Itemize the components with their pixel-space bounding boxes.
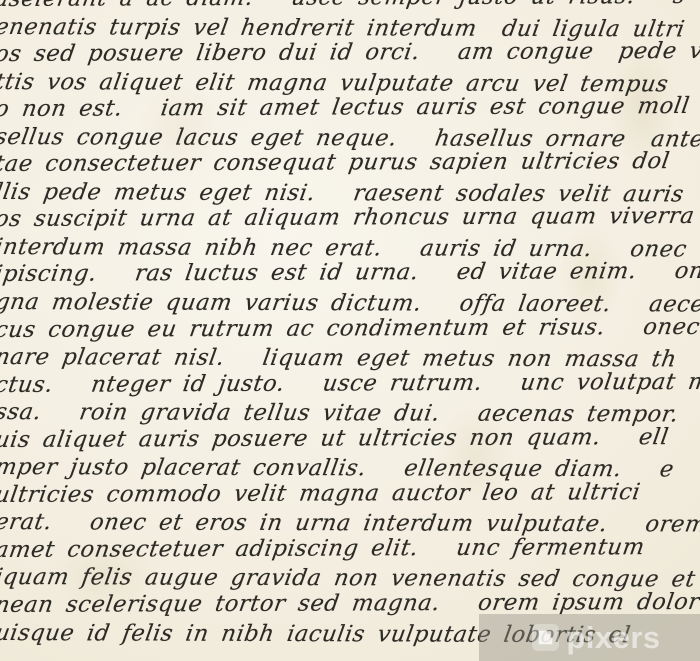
watermark-band: pixers — [479, 614, 700, 661]
handwriting-line: aselerant a ac diam. usce semper justo u… — [0, 0, 700, 14]
handwriting-line: os sed posuere libero dui id orci. am co… — [0, 38, 700, 69]
handwriting-line: os suscipit urna at aliquam rhoncus urna… — [0, 203, 700, 234]
handwriting-line: ultricies commodo velit magna auctor leo… — [0, 478, 700, 509]
paper-background: aselerant a ac diam. usce semper justo u… — [0, 0, 700, 661]
handwriting-line: cus congue eu rutrum ac condimentum et r… — [0, 313, 700, 344]
handwriting-line: ipiscing. ras luctus est id urna. ed vit… — [0, 258, 700, 289]
watermark-brand-text: pixers — [566, 622, 660, 653]
handwriting-line: amet consectetuer adipiscing elit. unc f… — [0, 534, 700, 565]
handwriting-line: uis aliquet auris posuere ut ultricies n… — [0, 423, 700, 454]
handwriting-line: ctus. nteger id justo. usce rutrum. unc … — [0, 368, 700, 399]
handwriting-text: aselerant a ac diam. usce semper justo u… — [0, 0, 700, 647]
pixers-logo-icon — [532, 624, 559, 651]
handwriting-line: o non est. iam sit amet lectus auris est… — [0, 93, 700, 124]
handwriting-line: tae consectetuer consequat purus sapien … — [0, 148, 700, 179]
